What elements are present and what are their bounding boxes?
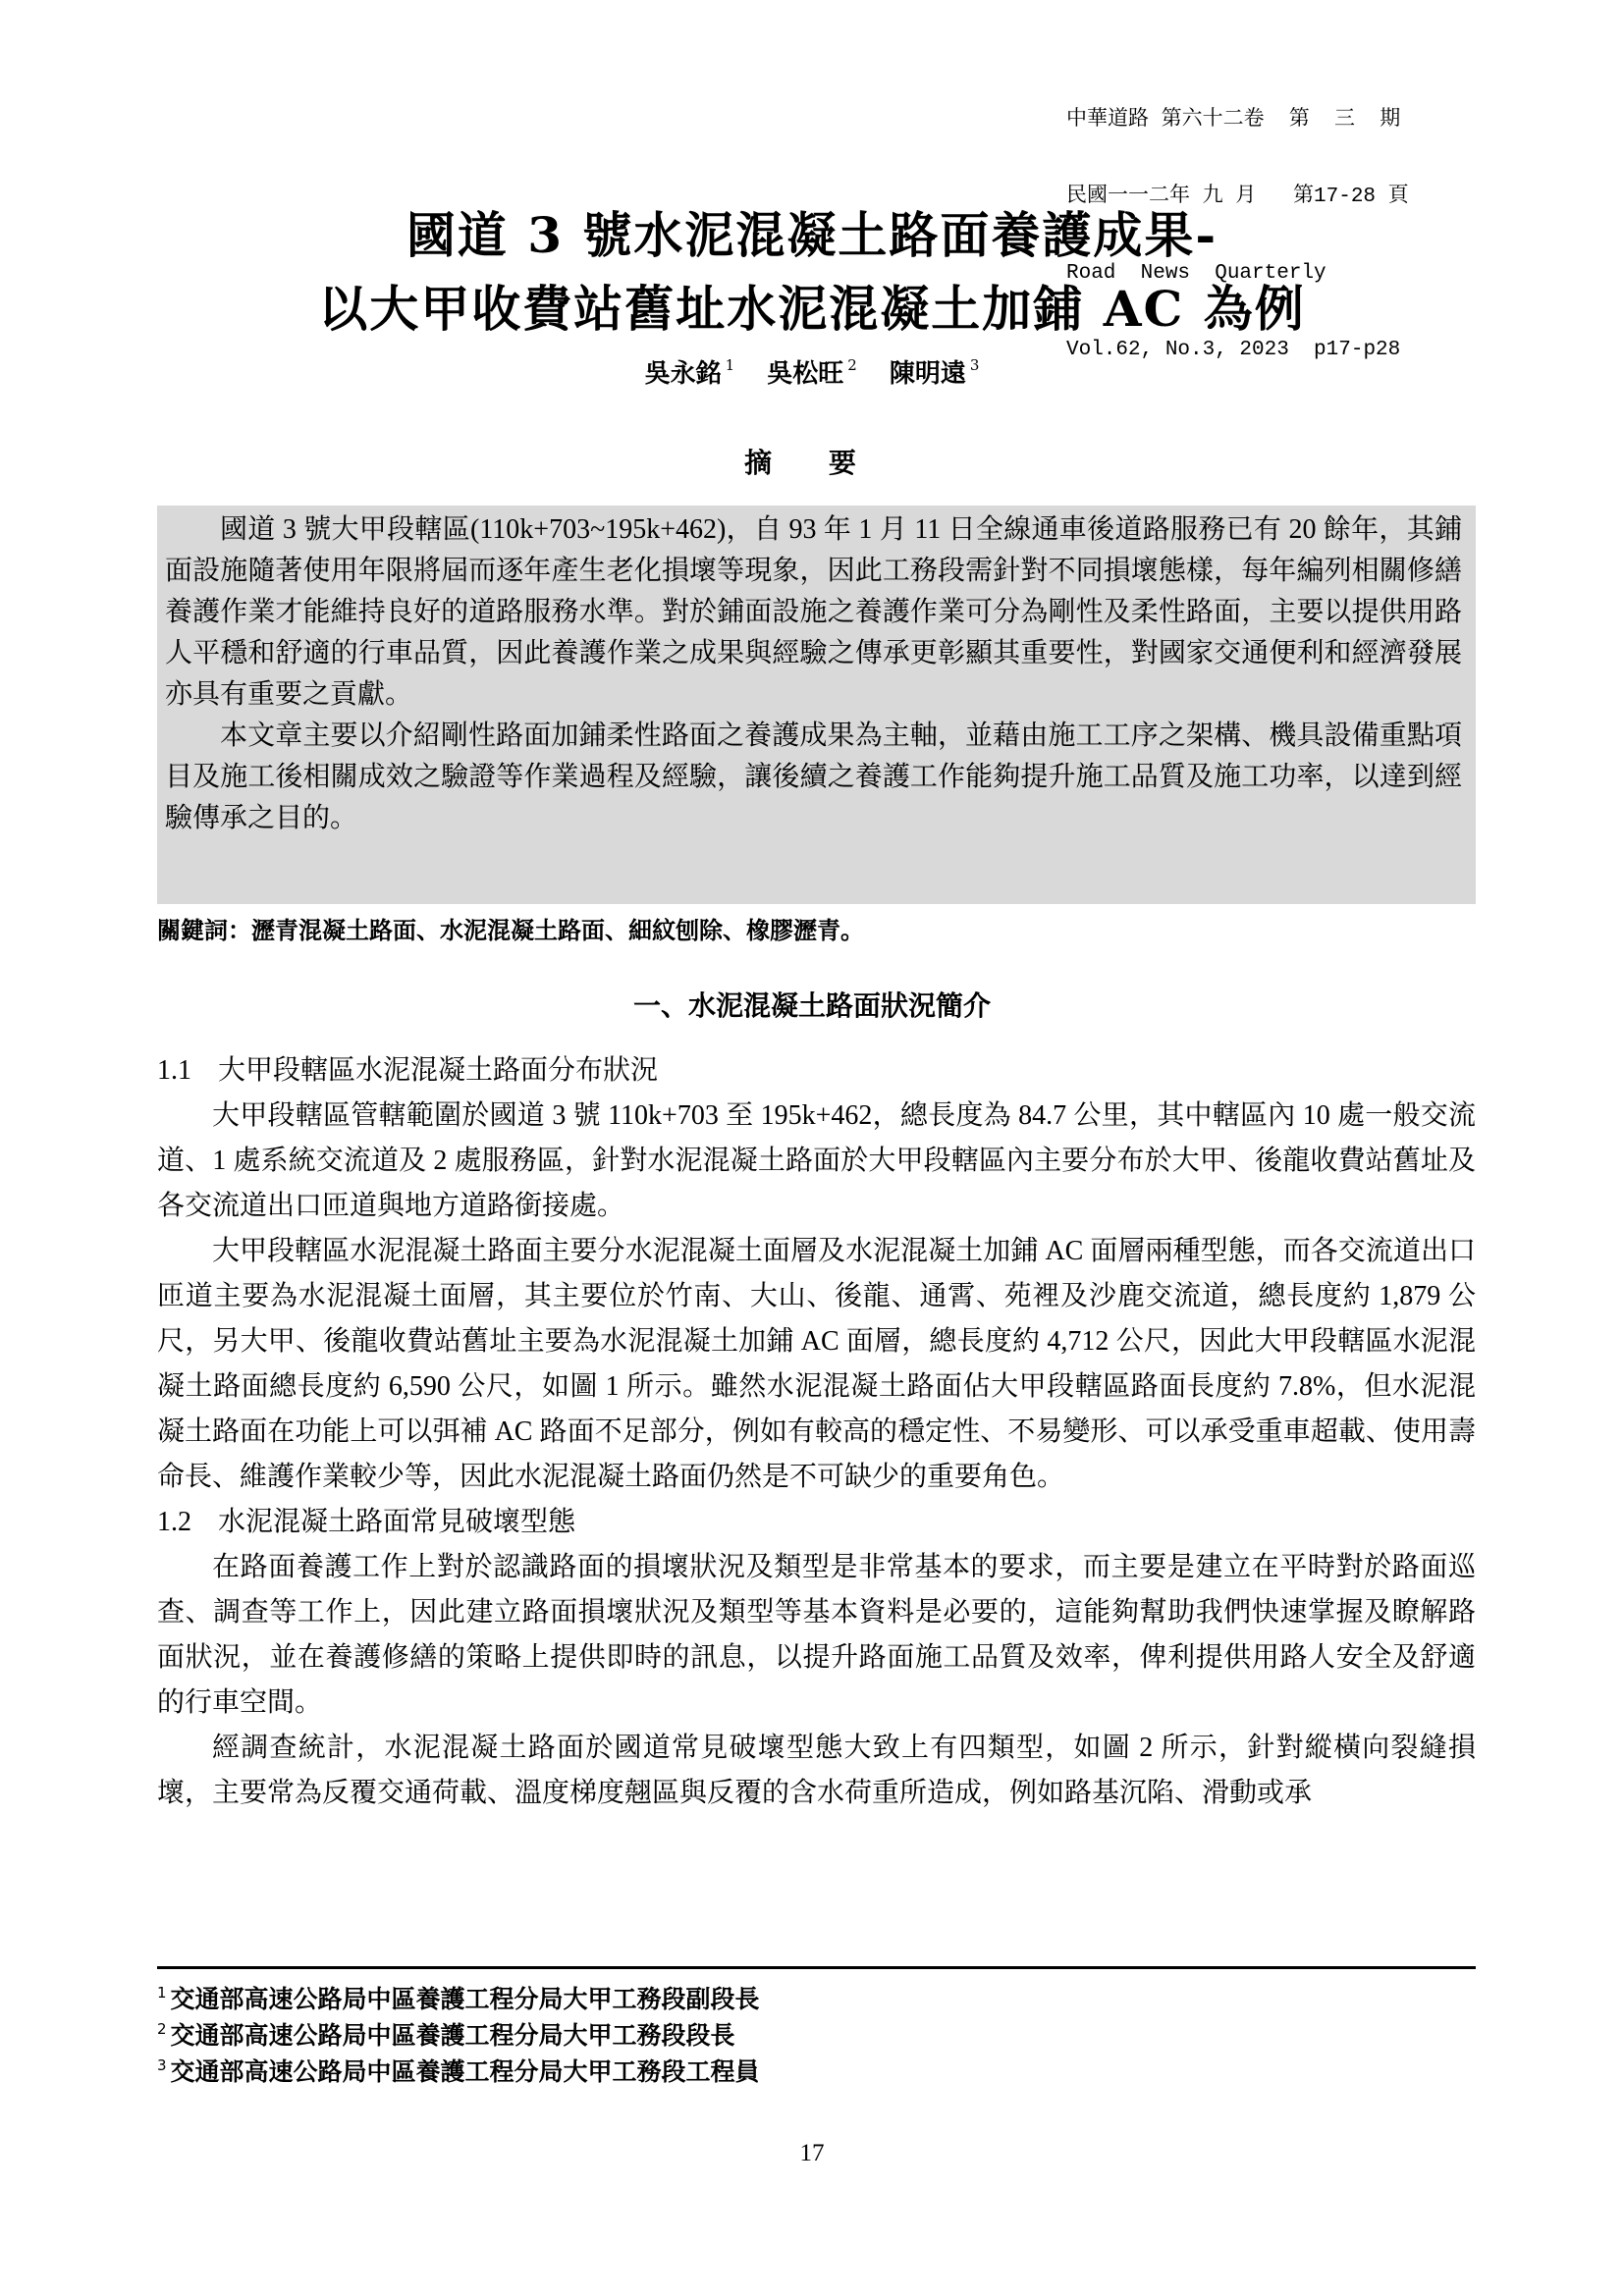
author-list: 吳永銘1 吳松旺2 陳明遠3 (0, 353, 1624, 390)
footnote-mark: 2 (157, 2020, 167, 2038)
footnote-mark: 1 (157, 1984, 167, 2002)
subsection-heading: 1.2水泥混凝土路面常見破壞型態 (157, 1500, 1476, 1545)
author: 吳松旺2 (767, 359, 857, 389)
author-name: 吳永銘 (645, 359, 722, 389)
author: 陳明遠3 (890, 359, 980, 389)
body-paragraph: 經調查統計，水泥混凝土路面於國道常見破壞型態大致上有四類型，如圖 2 所示，針對… (157, 1726, 1476, 1816)
author-name: 吳松旺 (767, 359, 843, 389)
subsection-heading: 1.1大甲段轄區水泥混凝土路面分布狀況 (157, 1048, 1476, 1094)
section-heading: 一、水泥混凝土路面狀況簡介 (0, 985, 1624, 1024)
author-name: 陳明遠 (890, 359, 966, 389)
subsection-number: 1.1 (157, 1048, 218, 1094)
page-number: 17 (0, 2140, 1624, 2167)
footnotes: 1交通部高速公路局中區養護工程分局大甲工務段副段長 2交通部高速公路局中區養護工… (157, 1978, 760, 2087)
author-mark: 1 (726, 356, 735, 374)
footnote-text: 交通部高速公路局中區養護工程分局大甲工務段段長 (171, 2021, 735, 2050)
footnote: 1交通部高速公路局中區養護工程分局大甲工務段副段長 (157, 1978, 760, 2014)
author-mark: 2 (847, 356, 857, 374)
subsection-title: 大甲段轄區水泥混凝土路面分布狀況 (218, 1055, 658, 1086)
subsection-number: 1.2 (157, 1500, 218, 1545)
footnote-text: 交通部高速公路局中區養護工程分局大甲工務段工程員 (171, 2057, 760, 2086)
paper-title-line-2: 以大甲收費站舊址水泥混凝土加鋪 AC 為例 (0, 270, 1624, 341)
paper-title-line-1: 國道 3 號水泥混凝土路面養護成果- (0, 196, 1624, 267)
footnote: 3交通部高速公路局中區養護工程分局大甲工務段工程員 (157, 2051, 760, 2087)
keywords: 關鍵詞：瀝青混凝土路面、水泥混凝土路面、細紋刨除、橡膠瀝青。 (157, 911, 864, 945)
author: 吳永銘1 (645, 359, 735, 389)
section-body: 1.1大甲段轄區水泥混凝土路面分布狀況 大甲段轄區管轄範圍於國道 3 號 110… (157, 1048, 1476, 1816)
footnote-text: 交通部高速公路局中區養護工程分局大甲工務段副段長 (171, 1985, 760, 2013)
body-paragraph: 在路面養護工作上對於認識路面的損壞狀況及類型是非常基本的要求，而主要是建立在平時… (157, 1545, 1476, 1726)
abstract-heading: 摘 要 (0, 442, 1624, 481)
abstract-box: 國道 3 號大甲段轄區(110k+703~195k+462)，自 93 年 1 … (157, 506, 1476, 904)
footnote: 2交通部高速公路局中區養護工程分局大甲工務段段長 (157, 2014, 760, 2051)
subsection-title: 水泥混凝土路面常見破壞型態 (218, 1507, 575, 1537)
abstract-paragraph: 本文章主要以介紹剛性路面加鋪柔性路面之養護成果為主軸，並藉由施工工序之架構、機具… (157, 716, 1476, 839)
footnote-mark: 3 (157, 2056, 167, 2074)
body-paragraph: 大甲段轄區管轄範圍於國道 3 號 110k+703 至 195k+462，總長度… (157, 1094, 1476, 1229)
body-paragraph: 大甲段轄區水泥混凝土路面主要分水泥混凝土面層及水泥混凝土加鋪 AC 面層兩種型態… (157, 1229, 1476, 1500)
footnote-divider (157, 1966, 1476, 1969)
abstract-paragraph: 國道 3 號大甲段轄區(110k+703~195k+462)，自 93 年 1 … (157, 506, 1476, 716)
journal-info-line: 中華道路 第六十二卷 第 三 期 (1066, 108, 1409, 133)
author-mark: 3 (970, 356, 980, 374)
